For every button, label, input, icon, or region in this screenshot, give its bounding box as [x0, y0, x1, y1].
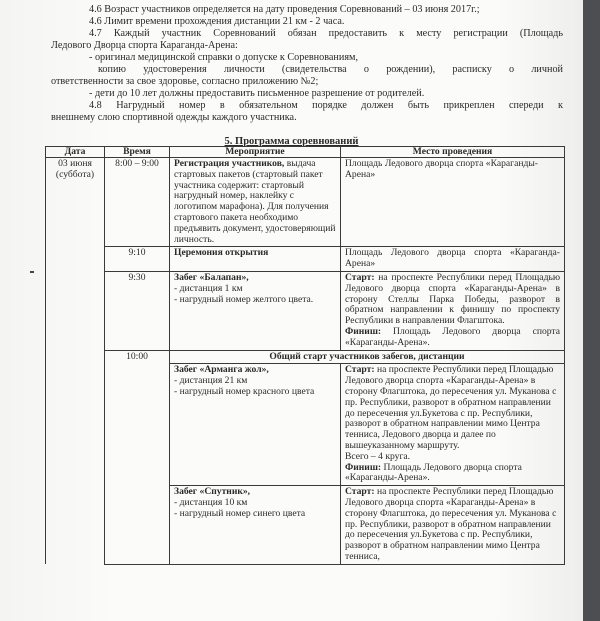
cell-time: 8:00 – 9:00 — [105, 158, 170, 247]
cell-place: Площадь Ледового дворца спорта «Караганд… — [341, 158, 565, 247]
cell-subheader: Общий старт участников забегов, дистанци… — [170, 350, 565, 364]
paragraph-4-7-line2: Ледового Дворца спорта Караганда-Арена: — [51, 40, 567, 52]
cell-place: Старт: на проспекте Республики перед Пло… — [341, 364, 565, 486]
scan-artifact-mark — [30, 271, 34, 273]
cell-time: 9:30 — [105, 271, 170, 350]
cell-place: Старт: на проспекте Республики перед Пло… — [341, 271, 565, 350]
table-header-row: Дата Время Мероприятие Место проведения — [46, 147, 565, 158]
header-event: Мероприятие — [170, 147, 341, 158]
program-table: Дата Время Мероприятие Место проведения … — [45, 146, 565, 565]
start-text: на проспекте Республики перед Площадью Л… — [345, 486, 556, 562]
paragraph-4-8-line1: 4.8 Нагрудный номер в обязательном поряд… — [89, 100, 563, 112]
list-item-children: - дети до 10 лет должны предоставить пис… — [89, 88, 583, 100]
cell-event: Забег «Спутник», - дистанция 10 км - наг… — [170, 486, 341, 565]
event-title: Регистрация участников, — [174, 158, 284, 169]
event-distance: - дистанция 1 км — [174, 284, 336, 295]
start-label: Старт: — [345, 272, 375, 283]
finish-label: Финиш: — [345, 326, 381, 337]
cell-event: Забег «Балапан», - дистанция 1 км - нагр… — [170, 271, 341, 350]
cell-place: Площадь Ледового дворца спорта «Караганд… — [341, 247, 565, 272]
paragraph-4-6-time-limit: 4.6 Лимит времени прохождения дистанции … — [89, 16, 583, 28]
finish-label: Финиш: — [345, 462, 381, 473]
list-item-medical: - оригинал медицинской справки о допуске… — [89, 52, 583, 64]
list-item-id-copy-line2: ответственности за свое здоровье, соглас… — [51, 76, 567, 88]
viewer-edge-strip — [583, 0, 600, 621]
event-bib-color: - нагрудный номер желтого цвета. — [174, 295, 336, 306]
paragraph-4-6-age: 4.6 Возраст участников определяется на д… — [89, 4, 583, 16]
header-time: Время — [105, 147, 170, 158]
event-bib-color: - нагрудный номер синего цвета — [174, 509, 336, 520]
header-place: Место проведения — [341, 147, 565, 158]
table-row: 9:30 Забег «Балапан», - дистанция 1 км -… — [46, 271, 565, 350]
table-row: 9:10 Церемония открытия Площадь Ледового… — [46, 247, 565, 272]
start-text: на проспекте Республики перед Площадью Л… — [345, 364, 556, 451]
event-bib-color: - нагрудный номер красного цвета — [174, 387, 336, 398]
paragraph-4-7-line1: 4.7 Каждый участник Соревнований обязан … — [89, 28, 563, 40]
event-text: выдача стартовых пакетов (стартовый паке… — [174, 158, 336, 245]
cell-time: 10:00 — [105, 350, 170, 564]
start-label: Старт: — [345, 486, 375, 497]
cell-date: 03 июня (суббота) — [46, 158, 105, 565]
cell-event: Регистрация участников, выдача стартовых… — [170, 158, 341, 247]
start-text: на проспекте Республики перед Площадью Л… — [345, 272, 560, 326]
header-date: Дата — [46, 147, 105, 158]
cell-event: Церемония открытия — [170, 247, 341, 272]
table-row: 03 июня (суббота) 8:00 – 9:00 Регистраци… — [46, 158, 565, 247]
scanned-page: 4.6 Возраст участников определяется на д… — [0, 0, 583, 621]
cell-time: 9:10 — [105, 247, 170, 272]
list-item-id-copy-line1: копию удостоверения личности (свидетельс… — [98, 64, 563, 76]
table-row: 10:00 Общий старт участников забегов, ди… — [46, 350, 565, 364]
cell-event: Забег «Арманга жол», - дистанция 21 км -… — [170, 364, 341, 486]
paragraph-4-8-line2: внешнему слою спортивной одежды каждого … — [51, 112, 567, 124]
start-label: Старт: — [345, 364, 375, 375]
cell-place: Старт: на проспекте Республики перед Пло… — [341, 486, 565, 565]
